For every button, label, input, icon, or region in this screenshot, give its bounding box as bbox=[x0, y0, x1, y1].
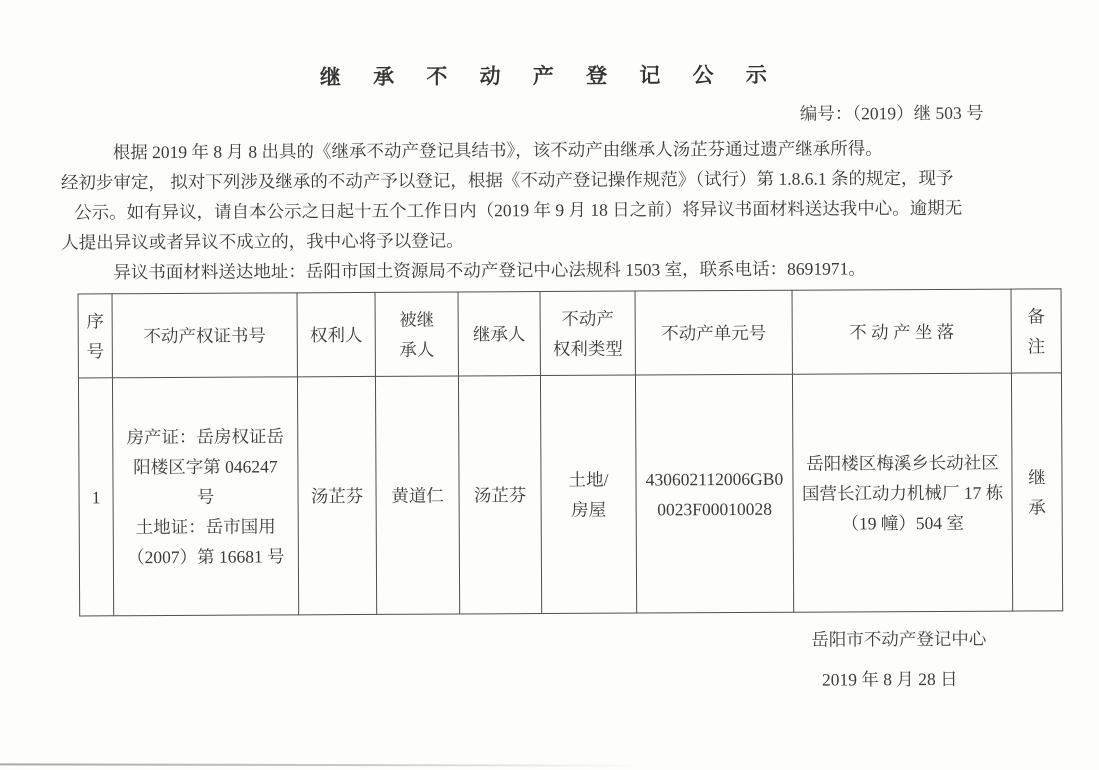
cell-seq: 1 bbox=[78, 378, 113, 616]
document-title: 继 承 不 动 产 登 记 公 示 bbox=[0, 57, 1097, 93]
header-right-type: 不动产 权利类型 bbox=[540, 291, 635, 375]
cell-unit-no: 430602112006GB0 0023F00010028 bbox=[635, 374, 793, 613]
body-line-3: 公示。如有异议，请自本公示之日起十五个工作日内（2019 年 9 月 18 日之… bbox=[61, 192, 1060, 227]
table-header-row: 序 号 不动产权证书号 权利人 被继 承人 继承人 不动产 权利类型 不动产单元… bbox=[78, 289, 1061, 378]
body-text: 根据 2019 年 8 月 8 出具的《继承不动产登记具结书》，该不动产由继承人… bbox=[0, 132, 1098, 288]
header-unit-no: 不动产单元号 bbox=[635, 290, 792, 375]
cell-decedent: 黄道仁 bbox=[375, 376, 459, 614]
document-content: 继 承 不 动 产 登 记 公 示 编号：（2019）继 503 号 根据 20… bbox=[0, 0, 1099, 770]
header-heir: 继承人 bbox=[458, 292, 540, 376]
body-line-address: 异议书面材料送达地址：岳阳市国土资源局不动产登记中心法规科 1503 室，联系电… bbox=[61, 252, 1060, 287]
header-seq: 序 号 bbox=[78, 294, 112, 378]
scanned-document-page: 继 承 不 动 产 登 记 公 示 编号：（2019）继 503 号 根据 20… bbox=[0, 0, 1099, 770]
registration-table: 序 号 不动产权证书号 权利人 被继 承人 继承人 不动产 权利类型 不动产单元… bbox=[78, 288, 1064, 616]
header-decedent: 被继 承人 bbox=[375, 292, 458, 376]
issue-date: 2019 年 8 月 28 日 bbox=[822, 666, 958, 692]
cell-right-holder: 汤芷芬 bbox=[297, 376, 376, 614]
document-number: 编号：（2019）继 503 号 bbox=[0, 99, 1098, 130]
signature-block: 岳阳市不动产登记中心 2019 年 8 月 28 日 bbox=[1, 625, 1099, 696]
cell-cert-no: 房产证：岳房权证岳 阳楼区字第 046247 号 土地证：岳市国用 （2007）… bbox=[112, 377, 298, 616]
header-location: 不 动 产 坐 落 bbox=[792, 289, 1011, 374]
header-remark: 备 注 bbox=[1011, 289, 1061, 373]
header-right-holder: 权利人 bbox=[297, 292, 375, 376]
table-row: 1 房产证：岳房权证岳 阳楼区字第 046247 号 土地证：岳市国用 （200… bbox=[78, 373, 1062, 616]
header-cert-no: 不动产权证书号 bbox=[112, 293, 297, 378]
cell-right-type: 土地/ 房屋 bbox=[540, 375, 636, 613]
cell-heir: 汤芷芬 bbox=[458, 376, 541, 614]
issuing-organization: 岳阳市不动产登记中心 bbox=[811, 626, 986, 652]
cell-remark: 继 承 bbox=[1011, 373, 1062, 611]
cell-location: 岳阳楼区梅溪乡长动社区 国营长江动力机械厂 17 栋 （19 幢）504 室 bbox=[792, 373, 1012, 612]
